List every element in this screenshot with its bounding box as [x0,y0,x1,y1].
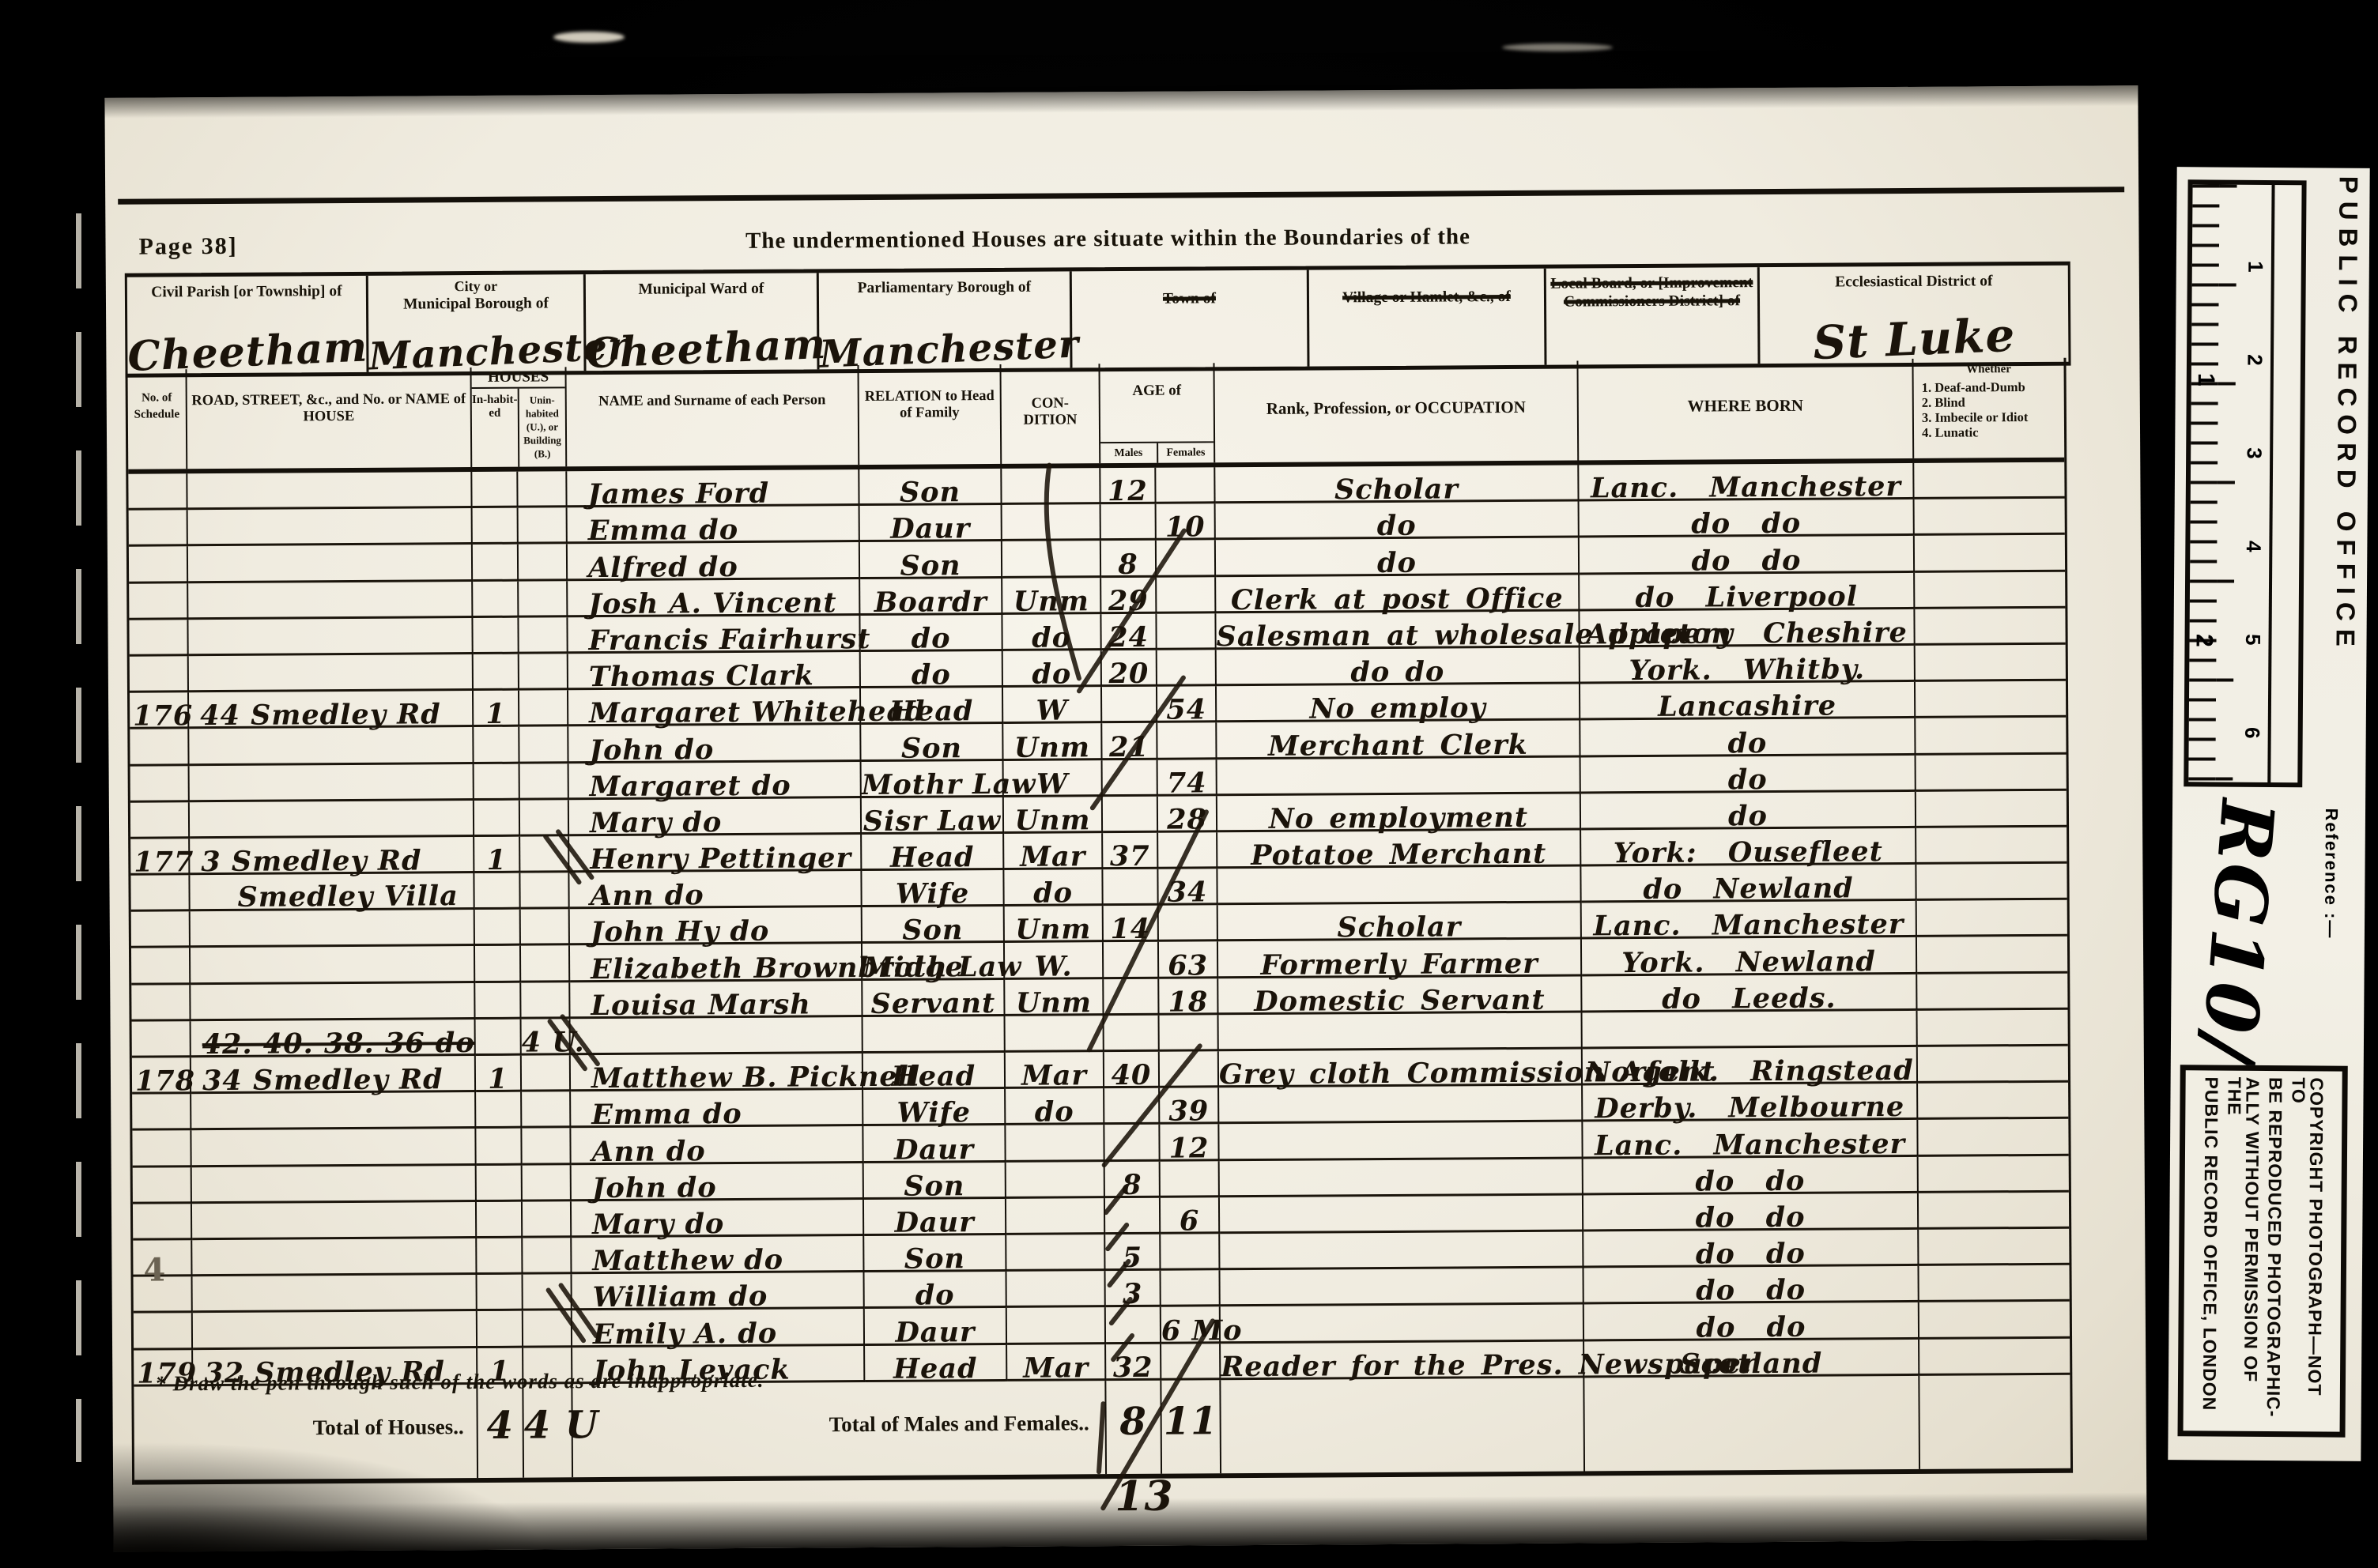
cell-condition: W. [1005,943,1104,980]
district-label: Municipal Ward of [586,273,817,299]
cell-inhab [477,1275,523,1312]
cell-born: Derby. Melbourne [1583,1084,1918,1122]
cell-occupation [1219,1012,1583,1051]
cell-sched [131,985,191,1022]
cell-ageM [1104,1125,1160,1162]
cell-name [571,1017,863,1055]
name-text: James Ford [587,477,769,511]
ageM-text: 8 [1105,1169,1159,1201]
cell-infirm [1915,608,2065,645]
cell-uninhab [520,873,569,910]
relation-text: do [865,1279,1006,1312]
cell-occupation: do [1216,538,1580,577]
name-text: Alfred do [588,551,738,584]
cell-relation: Head [863,1053,1006,1090]
cell-ageF: 34 [1158,869,1217,906]
cell-ageM [1106,1307,1161,1344]
cell-relation: do [860,615,1002,652]
ageF-text: 74 [1158,767,1216,799]
cell-condition [1002,468,1100,505]
cell-sched [134,1314,193,1351]
cell-name: Josh A. Vincent [568,579,860,617]
cell-condition: Mar [1004,833,1103,870]
cell-road [193,1311,477,1349]
road-text-line2: Smedley Villa [237,880,458,914]
col-header-condition: CON- DITION [1001,364,1100,464]
cell-condition [1006,1016,1104,1053]
relation-text: do [860,622,1001,655]
cell-ageF [1157,541,1216,578]
cell-ageM: 12 [1100,468,1156,505]
cell-occupation: Domestic Servant [1218,976,1582,1015]
name-text: John do [589,733,714,767]
cell-inhab [477,1238,523,1276]
ruler-number-cm: 3 [2242,437,2267,469]
condition-text: Unm [1004,804,1101,837]
sched-text: 177 [134,846,194,878]
film-edge-artifact [76,213,81,1462]
cell-occupation [1217,867,1581,906]
cell-ageF [1159,906,1218,943]
cell-condition [1006,1198,1105,1235]
infirmity-item: 3. Imbecile or Idiot [1922,409,2064,425]
cell-name: Thomas Clark [568,652,861,690]
cell-occupation: Grey cloth Commission Agent [1219,1049,1583,1087]
cell-infirm [1916,827,2067,865]
relation-text: Son [859,476,1000,509]
cell-born: Lanc. Manchester [1582,901,1917,940]
cell-sched [128,473,187,511]
cell-uninhab: 4 U. [522,1019,571,1056]
cell-ageM: 20 [1102,650,1157,688]
cell-born: do Liverpool [1580,572,1915,611]
ruler-number-cm: 4 [2241,530,2266,562]
cell-inhab: 1 [474,837,520,874]
cell-born: do [1581,755,1916,793]
inhab-text: 1 [474,844,519,876]
district-village: Village or Hamlet, &c., of [1309,269,1547,367]
cell-name: Francis Fairhurst [568,616,860,654]
cell-inhab [476,1092,522,1129]
cell-occupation [1220,1195,1583,1234]
cell-name: Henry Pettinger [569,835,862,873]
totals-females-cell: 11 [1161,1380,1221,1473]
cell-occupation: Merchant Clerk [1217,721,1580,759]
cell-occupation [1219,1086,1583,1125]
cell-name: John Hy do [570,907,862,945]
relation-text: Wife [863,1096,1004,1129]
cell-road [188,545,473,582]
cell-infirm [1915,535,2065,572]
cell-condition: W [1003,687,1102,724]
name-text: William do [593,1280,768,1314]
ageF-text: 63 [1159,949,1217,982]
ruler-number-cm: 6 [2240,717,2264,748]
name-text: Emma do [591,1098,742,1131]
condition-text: do [1002,621,1100,654]
cell-occupation: No employ [1217,684,1580,723]
relation-text: Daur [865,1315,1006,1348]
district-town: Town of [1072,270,1310,368]
cell-uninhab [519,654,568,691]
cell-road [193,1275,477,1313]
totals-houses-label-cell: Total of Houses.. [134,1385,478,1480]
condition-text: do [1006,1096,1103,1129]
cell-ageM: 14 [1104,906,1159,943]
cell-road: 3 Smedley RdSmedley Villa [190,837,474,875]
ageM-text: 37 [1103,840,1157,873]
cell-infirm [1915,571,2065,609]
relation-text: Servant [862,987,1003,1020]
cell-name: Emma do [568,506,860,544]
condition-text: W [1003,695,1100,728]
cell-sched [129,547,188,584]
cell-relation: do [861,651,1003,688]
condition-text: W [1004,767,1101,801]
totals-females-value: 11 [1161,1399,1219,1443]
ageF-text: 34 [1158,876,1216,909]
cell-ageM: 37 [1103,833,1158,870]
col-header-road: ROAD, STREET, &c., and No. or NAME of HO… [187,367,473,469]
ruler-ticks [2188,184,2219,782]
ruler-number-cm: 1 [2243,251,2267,282]
cell-infirm [1917,937,2067,974]
relation-text: Daur [864,1206,1005,1239]
name-text: John do [592,1171,717,1204]
film-speck [1502,43,1613,51]
cell-inhab: 1 [474,691,519,728]
cell-relation: do [865,1272,1007,1309]
cell-relation: Daur [865,1308,1007,1345]
cell-sched [130,875,190,912]
totals-persons-label: Total of Males and Females.. [829,1411,1089,1437]
cell-born: do do [1583,1156,1919,1195]
cell-inhab [477,1165,523,1202]
copyright-line: ALLY WITHOUT PERMISSION OF THE [2223,1077,2262,1425]
cell-ageM [1102,687,1157,724]
cell-occupation: No employment [1217,793,1581,832]
cell-relation: Son [864,1162,1006,1199]
totals-persons-label-cell: Total of Males and Females.. [572,1381,1107,1477]
cell-ageF [1158,832,1217,869]
cell-inhab [472,472,518,509]
cell-sched [133,1167,192,1204]
table-header-row: No. of Schedule ROAD, STREET, &c., and N… [128,358,2065,474]
cell-name: John do [568,725,861,763]
totals-uninhabited-value: 4 U [524,1403,572,1447]
ageM-text: 32 [1106,1351,1160,1383]
relation-text: Head [865,1352,1006,1385]
copyright-line: COPYRIGHT PHOTOGRAPH—NOT TO [2287,1077,2326,1425]
cell-ageF [1161,1344,1221,1381]
cell-born: do Leeds. [1582,974,1917,1013]
condition-text: Unm [1005,914,1102,947]
cell-road [187,472,472,510]
infirmity-title: Whether [1913,358,2063,379]
cell-inhab: 1 [476,1056,522,1093]
cell-uninhab [519,545,568,582]
ageF-text: 6 [1161,1204,1218,1237]
district-label-struck: Local Board, or [Improvement Commissione… [1546,267,1757,311]
cell-condition [1006,1125,1104,1163]
cell-ageF: 54 [1157,686,1217,723]
relation-text: Son [860,549,1001,582]
cell-sched [129,583,188,620]
cell-occupation: do [1216,502,1580,541]
infirmity-item: 1. Deaf-and-Dumb [1922,379,2064,395]
cell-sched: 176 [130,692,189,729]
cell-ageF [1160,1051,1219,1088]
cell-ageM: 8 [1101,541,1157,578]
cell-ageM [1104,978,1159,1016]
cell-born: do do [1580,499,1915,538]
district-parliamentary-borough: Parliamentary Borough of Manchester [819,271,1073,369]
cell-name: Mary do [569,798,862,836]
sched-text: 178 [135,1065,195,1097]
cell-name: John do [572,1163,864,1201]
cell-inhab [475,910,521,947]
cell-road [191,910,475,948]
district-civil-parish: Civil Parish [or Township] of Cheetham [127,276,369,374]
cell-uninhab [522,1055,571,1092]
cell-road: 42. 40. 38. 36 do [191,1020,476,1057]
cell-ageM: 5 [1105,1234,1161,1272]
cell-name: Matthew B. Picknell [571,1053,863,1091]
cell-relation: Son [864,1235,1006,1272]
cell-born: Appleton Cheshire [1580,609,1915,648]
cell-ageF: 10 [1157,503,1216,541]
table-body: James FordSon12ScholarLanc. ManchesterEm… [128,462,2070,1387]
totals-males-value: 8 [1106,1399,1160,1443]
condition-text: W. [1005,950,1102,983]
district-label: City or [368,277,583,296]
ruler-ticks [2215,185,2236,782]
cell-ageM [1105,1197,1161,1234]
cell-ageM: 24 [1101,614,1157,651]
cell-road [190,764,474,802]
cell-uninhab [521,946,570,983]
cell-sched [132,1131,191,1168]
cell-ageM [1101,504,1157,541]
name-text: Ann do [591,1135,705,1168]
condition-text: Mar [1004,840,1101,873]
cell-born: do do [1584,1302,1919,1341]
cell-name: Alfred do [568,542,860,580]
copyright-box: COPYRIGHT PHOTOGRAPH—NOT TOBE REPRODUCED… [2178,1065,2348,1437]
condition-text: do [1004,876,1101,910]
cell-infirm [1916,864,2067,901]
cell-uninhab [523,1165,572,1202]
cell-inhab [473,617,519,654]
cell-uninhab [523,1274,572,1311]
cell-occupation [1220,1268,1583,1307]
cell-condition [1006,1162,1105,1199]
condition-text: do [1003,658,1100,691]
cell-occupation: Scholar [1215,465,1579,503]
cell-condition: do [1002,614,1101,651]
cell-born: do [1581,792,1916,831]
col-header-age: AGE of Males Females [1100,363,1215,463]
ageM-text: 21 [1102,730,1156,763]
copyright-line: BE REPRODUCED PHOTOGRAPHIC- [2264,1077,2285,1425]
cell-road: 34 Smedley Rd [191,1056,476,1094]
ruler-numbers: 12345612 [2236,185,2274,782]
ageF-text: 28 [1158,803,1216,835]
cell-uninhab [520,800,569,837]
cell-relation: Son [859,469,1002,506]
cell-infirm [1919,1338,2070,1375]
cell-uninhab [523,1311,572,1348]
cell-infirm [1916,681,2066,718]
district-label: Civil Parish [or Township] of [127,276,366,302]
cell-name: Elizabeth Brownbridge [570,944,862,982]
cell-condition: do [1006,1088,1104,1125]
name-text: Emma do [588,514,739,547]
cell-uninhab [519,727,568,764]
cell-born: do do [1580,536,1915,575]
cell-relation: Daur [860,505,1002,542]
cell-infirm [1918,1119,2068,1156]
cell-uninhab [522,1091,571,1129]
cell-occupation [1220,1231,1583,1270]
cell-ageF: 28 [1158,796,1217,833]
cell-uninhab [519,617,568,654]
census-page: Page 38] The undermentioned Houses are s… [104,85,2146,1552]
cell-road [188,582,473,620]
ageF-text: 18 [1159,986,1217,1018]
cell-ageF [1157,613,1216,650]
relation-text: Mothr Law [862,768,1002,801]
cell-born: Scotland [1584,1339,1919,1378]
cell-ageF [1156,467,1215,504]
cell-name: William do [572,1272,865,1310]
cell-sched [130,802,190,839]
condition-text: Mar [1007,1351,1104,1385]
horizontal-rule [118,187,2124,205]
cell-sched: 177 [130,839,190,876]
cell-relation: Boardr [860,579,1002,616]
ruler-number-cm: 5 [2240,624,2265,655]
cell-sched [131,911,191,948]
cell-occupation: Clerk at post Office [1216,575,1580,613]
cell-condition [1006,1271,1105,1308]
cell-infirm [1917,973,2067,1010]
cell-ageM [1104,1088,1160,1125]
condition-text: Unm [1002,585,1100,618]
district-local-board: Local Board, or [Improvement Commissione… [1546,267,1761,365]
public-record-office-label: PUBLIC RECORD OFFICE [2329,176,2363,793]
cell-ageF [1161,1234,1220,1271]
cell-condition: Unm [1005,906,1104,943]
cell-inhab [475,982,521,1020]
cell-relation: Servant [862,980,1005,1017]
cell-condition: Unm [1002,578,1101,615]
cell-inhab [477,1311,523,1348]
cell-inhab [477,1201,523,1238]
cell-uninhab [520,836,569,873]
cell-condition [1007,1307,1106,1344]
cell-condition: Unm [1003,723,1102,760]
relation-text: Moth Law [862,951,1003,984]
cell-occupation: Formerly Farmer [1218,940,1582,978]
uninhab-text: 4 U. [522,1026,569,1058]
reference-label: Reference :— [2320,808,2342,939]
cell-ageF: 6 Mo [1161,1307,1221,1344]
margin-pencil-note: 4 [143,1251,165,1288]
ageF-text: 12 [1160,1132,1217,1164]
totals-males-cell: 8 13 [1106,1380,1162,1473]
cell-inhab [474,873,520,910]
cell-road [192,1202,477,1240]
sched-text: 176 [133,700,193,733]
cell-condition: do [1004,869,1103,906]
cell-occupation [1220,1159,1583,1197]
cell-ageM [1103,759,1158,797]
cell-name: Emily A. do [572,1309,865,1347]
cell-occupation [1221,1305,1584,1344]
cell-condition: Unm [1004,797,1103,834]
cell-ageF [1161,1270,1220,1307]
cell-ageM [1104,942,1159,979]
cell-road [190,801,474,839]
col-header-females: Females [1158,443,1214,462]
ruler-number-inch: 2 [2190,624,2217,656]
cell-infirm [1918,1083,2068,1120]
film-ruler: 12345612 [2184,179,2306,787]
cell-relation: Daur [864,1199,1006,1236]
col-header-name: NAME and Surname of each Person [566,365,859,466]
cell-relation: Son [860,541,1002,579]
microfilm-frame: Page 38] The undermentioned Houses are s… [0,0,2378,1568]
relation-text: Head [862,841,1002,874]
copyright-line: PUBLIC RECORD OFFICE, LONDON [2200,1076,2221,1424]
cell-inhab [474,727,519,764]
cell-name: Margaret do [569,762,862,800]
name-text: Mary do [592,1208,724,1241]
district-label-struck: Village or Hamlet, &c., of [1309,269,1544,307]
cell-road [188,508,473,546]
cell-infirm [1915,499,2065,536]
cell-sched [133,1204,192,1241]
cell-road [189,654,474,692]
relation-text: Wife [862,877,1002,910]
cell-road [188,618,473,656]
cell-ageM: 8 [1105,1161,1161,1198]
cell-road [191,1129,476,1167]
cell-name: Ann do [569,871,862,909]
district-label: Ecclesiastical District of [1760,266,2068,292]
cell-road [191,983,475,1021]
name-text: Emily A. do [593,1317,777,1350]
cell-ageF: 12 [1160,1125,1219,1162]
cell-name: Louisa Marsh [570,981,862,1019]
inhab-text: 1 [474,698,518,730]
ageM-text: 14 [1104,913,1157,945]
totals-empty-cell [1584,1376,1920,1472]
cell-born: do do [1583,1193,1919,1232]
cell-uninhab [521,982,570,1020]
col-header-uninhabited: Unin-habited (U.), or Building (B.) [519,388,566,466]
ageM-text: 12 [1100,475,1154,507]
col-header-relation: RELATION to Head of Family [859,364,1002,465]
cell-inhab [476,1019,522,1056]
cell-sched [129,510,188,547]
cell-uninhab [523,1238,572,1275]
district-label: Municipal Borough of [368,294,583,314]
cell-road [192,1238,477,1276]
cell-relation [863,1016,1006,1053]
ageF-text: 10 [1157,511,1214,544]
